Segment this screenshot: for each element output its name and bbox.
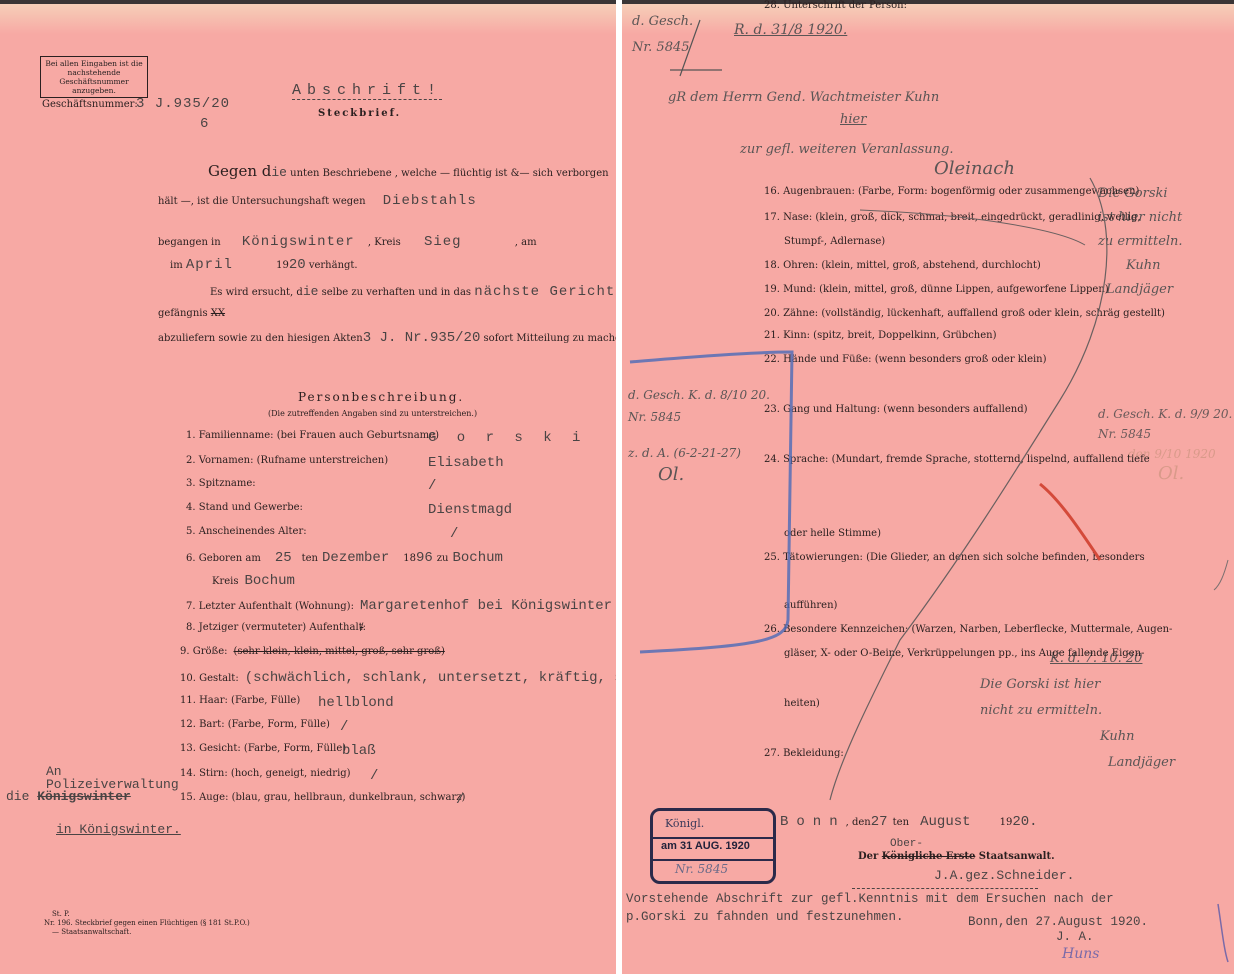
- field-value: blaß: [342, 743, 376, 759]
- field-label: 14. Stirn: (hoch, geneigt, niedrig): [180, 768, 351, 779]
- transmittal-date: Bonn,den 27.August 1920.: [968, 915, 1148, 929]
- field-row: KreisBochum: [212, 573, 295, 589]
- birth-part: ten: [302, 553, 318, 564]
- field-label: 6. Geboren am: [186, 553, 261, 564]
- authority-ober: Ober-: [890, 838, 923, 850]
- intro-line-4: im April 1920 verhängt.: [170, 257, 358, 273]
- field-row: 12. Bart: (Farbe, Form, Fülle)/: [180, 719, 330, 730]
- crime-district: Sieg: [424, 234, 462, 250]
- field-row: 26. Besondere Kennzeichen: (Warzen, Narb…: [764, 624, 1172, 635]
- field-label: 10. Gestalt:: [180, 673, 239, 684]
- field-value: Dienstmagd: [428, 502, 512, 518]
- handwritten-line-1: gR dem Herrn Gend. Wachtmeister Kuhn: [668, 90, 939, 105]
- field-value: Margaretenhof bei Königswinter: [360, 598, 612, 614]
- margin-note-right-mid: d. Gesch. K. d. 9/9 20. Nr. 5845 den 9/1…: [1098, 404, 1232, 484]
- case-number: 3 J.935/20: [136, 96, 230, 112]
- offense: Diebstahls: [383, 193, 477, 209]
- authority-signed: J.A.gez.Schneider.: [934, 868, 1074, 883]
- left-page: Bei allen Eingaben ist die nachstehende …: [0, 0, 616, 974]
- notice-box: Bei allen Eingaben ist die nachstehende …: [40, 56, 148, 98]
- margin-note-bottom-right: K. d. 7. 10. 20 Die Gorski ist hier nich…: [980, 646, 1175, 776]
- field-label: 5. Anscheinendes Alter:: [186, 526, 307, 537]
- birth-part: 18: [403, 553, 416, 564]
- birth-part: Dezember: [322, 550, 389, 566]
- field-label: Kreis: [212, 576, 239, 587]
- field-value: G o r s k i: [428, 430, 586, 446]
- field-row: 21. Kinn: (spitz, breit, Doppelkinn, Grü…: [764, 330, 997, 341]
- handwritten-line-2: hier: [840, 112, 866, 127]
- field-value: /: [370, 768, 378, 784]
- field-row: 17. Nase: (klein, groß, dick, schmal, br…: [764, 212, 1141, 223]
- crime-month: April: [186, 257, 233, 273]
- transmittal-line-1: Vorstehende Abschrift zur gefl.Kenntnis …: [626, 892, 1114, 906]
- crime-place: Königswinter: [242, 234, 355, 250]
- intro-line-3: begangen in Königswinter , Kreis Sieg , …: [158, 234, 537, 250]
- field-row: 24. Sprache: (Mundart, fremde Sprache, s…: [764, 454, 1150, 465]
- field-row: 1. Familienname: (bei Frauen auch Geburt…: [186, 430, 439, 441]
- field-row: 27. Bekleidung:: [764, 748, 844, 759]
- field-row: 9. Größe:(sehr klein, klein, mittel, gro…: [180, 646, 445, 657]
- margin-note-right-top: Die Gorski ist hier nicht zu ermitteln. …: [1098, 182, 1183, 302]
- field-label: 13. Gesicht: (Farbe, Form, Fülle): [180, 743, 346, 754]
- field-row-continued: oder helle Stimme): [784, 528, 881, 539]
- address-die: die Königswinter: [6, 789, 131, 804]
- field-value: (sehr klein, klein, mittel, groß, sehr g…: [233, 646, 444, 657]
- field-row: 20. Zähne: (vollständig, lückenhaft, auf…: [764, 308, 1165, 319]
- margin-note-left-mid: d. Gesch. K. d. 8/10 20. Nr. 5845 z. d. …: [628, 384, 770, 486]
- field-row-continued: gläser, X- oder O-Beine, Verkrüppelungen…: [784, 648, 1144, 659]
- field-row: 19. Mund: (klein, mittel, groß, dünne Li…: [764, 284, 1109, 295]
- case-number-label: Geschäftsnummer:: [42, 99, 138, 110]
- handwritten-line-3: zur gefl. weiteren Veranlassung.: [740, 142, 954, 157]
- field-row: 7. Letzter Aufenthalt (Wohnung):Margaret…: [186, 598, 612, 614]
- field-row: 23. Gang und Haltung: (wenn besonders au…: [764, 404, 1028, 415]
- file-reference: 3 J. Nr.935/20: [363, 330, 481, 346]
- transmittal-ja: J. A.: [1056, 930, 1094, 944]
- field-row: 2. Vornamen: (Rufname unterstreichen)Eli…: [186, 455, 388, 466]
- field-label: 9. Größe:: [180, 646, 227, 657]
- received-stamp: Königl. am 31 AUG. 1920 Nr. 5845: [650, 808, 776, 884]
- field-row-continued: heiten): [784, 698, 820, 709]
- field-row: 4. Stand und Gewerbe:Dienstmagd: [186, 502, 303, 513]
- document-subtitle: Steckbrief.: [318, 108, 401, 119]
- document-title: Abschrift!: [292, 82, 442, 100]
- field-value: /: [450, 526, 458, 542]
- field-value: Elisabeth: [428, 455, 504, 471]
- field-row: 16. Augenbrauen: (Farbe, Form: bogenförm…: [764, 186, 1139, 197]
- field-row: 13. Gesicht: (Farbe, Form, Fülle)blaß: [180, 743, 346, 754]
- field-label: 4. Stand und Gewerbe:: [186, 502, 303, 513]
- transmittal-signature: Huns: [1062, 946, 1099, 962]
- description-title: Personbeschreibung.: [298, 390, 464, 404]
- field-row: 22. Hände und Füße: (wenn besonders groß…: [764, 354, 1047, 365]
- field-label: 8. Jetziger (vermuteter) Aufenthalt:: [186, 622, 366, 633]
- birth-part: 96: [416, 550, 433, 566]
- field-row: 18. Ohren: (klein, mittel, groß, abstehe…: [764, 260, 1041, 271]
- address-city: in Königswinter.: [56, 822, 181, 837]
- form-footer: St. P. Nr. 196. Steckbrief gegen einen F…: [44, 910, 250, 937]
- field-label: 2. Vornamen: (Rufname unterstreichen): [186, 455, 388, 466]
- intro-line-6: gefängnis XX: [158, 308, 225, 319]
- field-row: 25. Tätowierungen: (Die Glieder, an dene…: [764, 552, 1145, 563]
- intro-line-7: abzuliefern sowie zu den hiesigen Akten3…: [158, 330, 616, 346]
- field-row: 28. Unterschrift der Person:: [764, 0, 907, 11]
- field-value: /: [360, 622, 363, 633]
- signature-top: Oleinach: [934, 158, 1015, 179]
- field-row-continued: aufführen): [784, 600, 837, 611]
- field-row: 15. Auge: (blau, grau, hellbraun, dunkel…: [180, 792, 465, 803]
- ref-note-a: d. Gesch.: [632, 14, 693, 29]
- authority-title: Der Königliche Erste Staatsanwalt.: [858, 851, 1055, 862]
- field-row: 8. Jetziger (vermuteter) Aufenthalt:/: [186, 622, 366, 633]
- ref-note-b: Nr. 5845: [632, 40, 690, 55]
- field-label: 1. Familienname: (bei Frauen auch Geburt…: [186, 430, 439, 441]
- field-value: /: [428, 478, 436, 494]
- case-number-sub: 6: [200, 116, 209, 132]
- birth-part: 25: [275, 550, 292, 566]
- field-value: Bochum: [245, 573, 295, 589]
- field-row: 5. Anscheinendes Alter:/: [186, 526, 307, 537]
- field-row: 10. Gestalt:(schwächlich, schlank, unter…: [180, 670, 616, 686]
- transmittal-line-2: p.Gorski zu fahnden und festzunehmen.: [626, 910, 904, 924]
- prison: nächste Gerichts-: [474, 284, 616, 300]
- intro-line-5: Es wird ersucht, die selbe zu verhaften …: [210, 284, 616, 300]
- field-row: 3. Spitzname:/: [186, 478, 256, 489]
- field-value: /: [456, 792, 464, 808]
- intro-line-1: Gegen die unten Beschriebene , welche — …: [208, 162, 609, 180]
- field-label: 15. Auge: (blau, grau, hellbraun, dunkel…: [180, 792, 465, 803]
- field-label: 3. Spitzname:: [186, 478, 256, 489]
- crime-year: 20: [289, 257, 306, 273]
- field-label: 11. Haar: (Farbe, Fülle): [180, 695, 300, 706]
- description-note: (Die zutreffenden Angaben sind zu unters…: [268, 409, 477, 418]
- field-value: (schwächlich, schlank, untersetzt, kräft…: [245, 670, 616, 686]
- field-row: 14. Stirn: (hoch, geneigt, niedrig)/: [180, 768, 351, 779]
- date-note: R. d. 31/8 1920.: [734, 22, 847, 38]
- field-row: 11. Haar: (Farbe, Fülle)hellblond: [180, 695, 300, 706]
- field-row: 6. Geboren am25tenDezember1896zuBochum: [186, 550, 503, 566]
- field-value: /: [340, 719, 348, 735]
- dateline: Bonn, den27 ten August 1920.: [780, 810, 1038, 830]
- field-label: 12. Bart: (Farbe, Form, Fülle): [180, 719, 330, 730]
- field-row-continued: Stumpf-, Adlernase): [784, 236, 885, 247]
- field-value: hellblond: [318, 695, 394, 711]
- field-label: 7. Letzter Aufenthalt (Wohnung):: [186, 601, 354, 612]
- birth-part: zu: [437, 553, 449, 564]
- intro-line-2: hält —, ist die Untersuchungshaft wegen …: [158, 193, 477, 209]
- birth-part: Bochum: [453, 550, 503, 566]
